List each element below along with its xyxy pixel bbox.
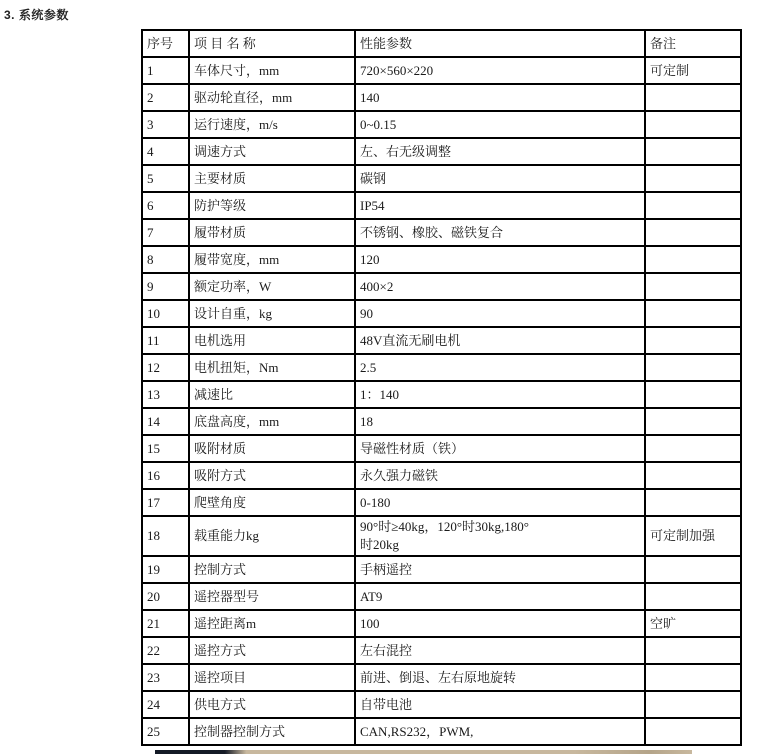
cell-remark (645, 489, 741, 516)
cell-item-name: 遥控器型号 (189, 583, 355, 610)
cell-row-number: 21 (142, 610, 189, 637)
table-row: 17 爬壁角度 0-180 (142, 489, 741, 516)
cell-parameter: 120 (355, 246, 645, 273)
cell-parameter: 前进、倒退、左右原地旋转 (355, 664, 645, 691)
cell-parameter: 1：140 (355, 381, 645, 408)
cell-parameter: CAN,RS232，PWM, (355, 718, 645, 745)
table-row: 25 控制器控制方式 CAN,RS232，PWM, (142, 718, 741, 745)
cell-parameter: 左、右无级调整 (355, 138, 645, 165)
table-row: 12 电机扭矩，Nm 2.5 (142, 354, 741, 381)
table-row: 11 电机选用 48V直流无刷电机 (142, 327, 741, 354)
table-row: 4 调速方式 左、右无级调整 (142, 138, 741, 165)
table-header-row: 序号 项 目 名 称 性能参数 备注 (142, 30, 741, 57)
cell-row-number: 15 (142, 435, 189, 462)
cell-remark (645, 691, 741, 718)
cell-remark (645, 192, 741, 219)
cell-item-name: 车体尺寸，mm (189, 57, 355, 84)
cell-item-name: 驱动轮直径，mm (189, 84, 355, 111)
column-header-item: 项 目 名 称 (189, 30, 355, 57)
table-row: 7 履带材质 不锈钢、橡胶、磁铁复合 (142, 219, 741, 246)
column-header-value: 性能参数 (355, 30, 645, 57)
cell-item-name: 履带宽度，mm (189, 246, 355, 273)
cell-parameter: 100 (355, 610, 645, 637)
cell-remark (645, 637, 741, 664)
cell-parameter: 手柄遥控 (355, 556, 645, 583)
cell-parameter: 400×2 (355, 273, 645, 300)
cell-item-name: 吸附材质 (189, 435, 355, 462)
cell-row-number: 24 (142, 691, 189, 718)
cell-item-name: 遥控项目 (189, 664, 355, 691)
table-row: 8 履带宽度，mm 120 (142, 246, 741, 273)
section-title: 3. 系统参数 (4, 6, 69, 23)
cell-remark (645, 84, 741, 111)
table-row: 19 控制方式 手柄遥控 (142, 556, 741, 583)
cell-parameter: 自带电池 (355, 691, 645, 718)
table-row: 24 供电方式 自带电池 (142, 691, 741, 718)
cell-remark (645, 354, 741, 381)
cell-remark: 空旷 (645, 610, 741, 637)
cell-row-number: 6 (142, 192, 189, 219)
cell-remark: 可定制 (645, 57, 741, 84)
cell-parameter: 2.5 (355, 354, 645, 381)
table-row: 18 载重能力kg 90°时≥40kg，120°时30kg,180° 时20kg… (142, 516, 741, 556)
cell-row-number: 22 (142, 637, 189, 664)
cell-item-name: 控制方式 (189, 556, 355, 583)
cell-remark (645, 381, 741, 408)
cell-row-number: 18 (142, 516, 189, 556)
cell-row-number: 17 (142, 489, 189, 516)
cell-remark (645, 664, 741, 691)
cell-parameter: 不锈钢、橡胶、磁铁复合 (355, 219, 645, 246)
cell-remark (645, 138, 741, 165)
cell-row-number: 25 (142, 718, 189, 745)
cell-row-number: 2 (142, 84, 189, 111)
cell-remark (645, 246, 741, 273)
cell-item-name: 电机选用 (189, 327, 355, 354)
cell-item-name: 主要材质 (189, 165, 355, 192)
cell-item-name: 遥控方式 (189, 637, 355, 664)
column-header-remark: 备注 (645, 30, 741, 57)
cell-row-number: 3 (142, 111, 189, 138)
cell-row-number: 19 (142, 556, 189, 583)
cell-item-name: 控制器控制方式 (189, 718, 355, 745)
cell-item-name: 额定功率，W (189, 273, 355, 300)
cell-row-number: 4 (142, 138, 189, 165)
cell-row-number: 1 (142, 57, 189, 84)
photo-strip (155, 750, 692, 754)
cell-item-name: 供电方式 (189, 691, 355, 718)
cell-row-number: 9 (142, 273, 189, 300)
cell-parameter: 左右混控 (355, 637, 645, 664)
cell-parameter: 18 (355, 408, 645, 435)
table-row: 20 遥控器型号 AT9 (142, 583, 741, 610)
cell-row-number: 13 (142, 381, 189, 408)
cell-row-number: 20 (142, 583, 189, 610)
cell-row-number: 10 (142, 300, 189, 327)
cell-parameter: 90 (355, 300, 645, 327)
cell-remark (645, 327, 741, 354)
cell-remark (645, 273, 741, 300)
cell-item-name: 防护等级 (189, 192, 355, 219)
cell-item-name: 运行速度，m/s (189, 111, 355, 138)
cell-parameter: 0~0.15 (355, 111, 645, 138)
table-row: 13 减速比 1：140 (142, 381, 741, 408)
table-row: 22 遥控方式 左右混控 (142, 637, 741, 664)
cell-row-number: 16 (142, 462, 189, 489)
cell-parameter: 48V直流无刷电机 (355, 327, 645, 354)
cell-remark (645, 219, 741, 246)
cell-item-name: 调速方式 (189, 138, 355, 165)
cell-parameter: 0-180 (355, 489, 645, 516)
table-row: 15 吸附材质 导磁性材质（铁） (142, 435, 741, 462)
cell-item-name: 爬壁角度 (189, 489, 355, 516)
cell-row-number: 7 (142, 219, 189, 246)
cell-remark (645, 165, 741, 192)
cell-row-number: 23 (142, 664, 189, 691)
cell-item-name: 设计自重，kg (189, 300, 355, 327)
cell-remark (645, 718, 741, 745)
table-row: 3 运行速度，m/s 0~0.15 (142, 111, 741, 138)
table-row: 14 底盘高度，mm 18 (142, 408, 741, 435)
cell-remark (645, 462, 741, 489)
cell-parameter: 140 (355, 84, 645, 111)
cell-remark (645, 556, 741, 583)
table-row: 10 设计自重，kg 90 (142, 300, 741, 327)
table-row: 2 驱动轮直径，mm 140 (142, 84, 741, 111)
cell-remark: 可定制加强 (645, 516, 741, 556)
table-row: 21 遥控距离m 100 空旷 (142, 610, 741, 637)
cell-parameter: AT9 (355, 583, 645, 610)
cell-item-name: 电机扭矩，Nm (189, 354, 355, 381)
cell-parameter: 导磁性材质（铁） (355, 435, 645, 462)
cell-item-name: 吸附方式 (189, 462, 355, 489)
table-row: 16 吸附方式 永久强力磁铁 (142, 462, 741, 489)
system-parameters-table: 序号 项 目 名 称 性能参数 备注 1 车体尺寸，mm 720×560×220… (141, 29, 742, 746)
table-row: 9 额定功率，W 400×2 (142, 273, 741, 300)
cell-row-number: 11 (142, 327, 189, 354)
cell-item-name: 载重能力kg (189, 516, 355, 556)
table-row: 23 遥控项目 前进、倒退、左右原地旋转 (142, 664, 741, 691)
table-body: 1 车体尺寸，mm 720×560×220 可定制 2 驱动轮直径，mm 140… (142, 57, 741, 745)
column-header-no: 序号 (142, 30, 189, 57)
document-page: 3. 系统参数 序号 项 目 名 称 性能参数 备注 1 车体尺寸，mm 720… (0, 0, 770, 754)
cell-item-name: 减速比 (189, 381, 355, 408)
cell-parameter: 永久强力磁铁 (355, 462, 645, 489)
cell-item-name: 底盘高度，mm (189, 408, 355, 435)
table-row: 6 防护等级 IP54 (142, 192, 741, 219)
cell-item-name: 履带材质 (189, 219, 355, 246)
cell-remark (645, 300, 741, 327)
cell-row-number: 12 (142, 354, 189, 381)
cell-row-number: 14 (142, 408, 189, 435)
table-row: 1 车体尺寸，mm 720×560×220 可定制 (142, 57, 741, 84)
cell-parameter: 碳钢 (355, 165, 645, 192)
cell-remark (645, 435, 741, 462)
cell-remark (645, 583, 741, 610)
cell-remark (645, 111, 741, 138)
cell-parameter: IP54 (355, 192, 645, 219)
table-row: 5 主要材质 碳钢 (142, 165, 741, 192)
cell-remark (645, 408, 741, 435)
cell-item-name: 遥控距离m (189, 610, 355, 637)
cell-row-number: 8 (142, 246, 189, 273)
cell-parameter: 90°时≥40kg，120°时30kg,180° 时20kg (355, 516, 645, 556)
cell-row-number: 5 (142, 165, 189, 192)
cell-parameter: 720×560×220 (355, 57, 645, 84)
